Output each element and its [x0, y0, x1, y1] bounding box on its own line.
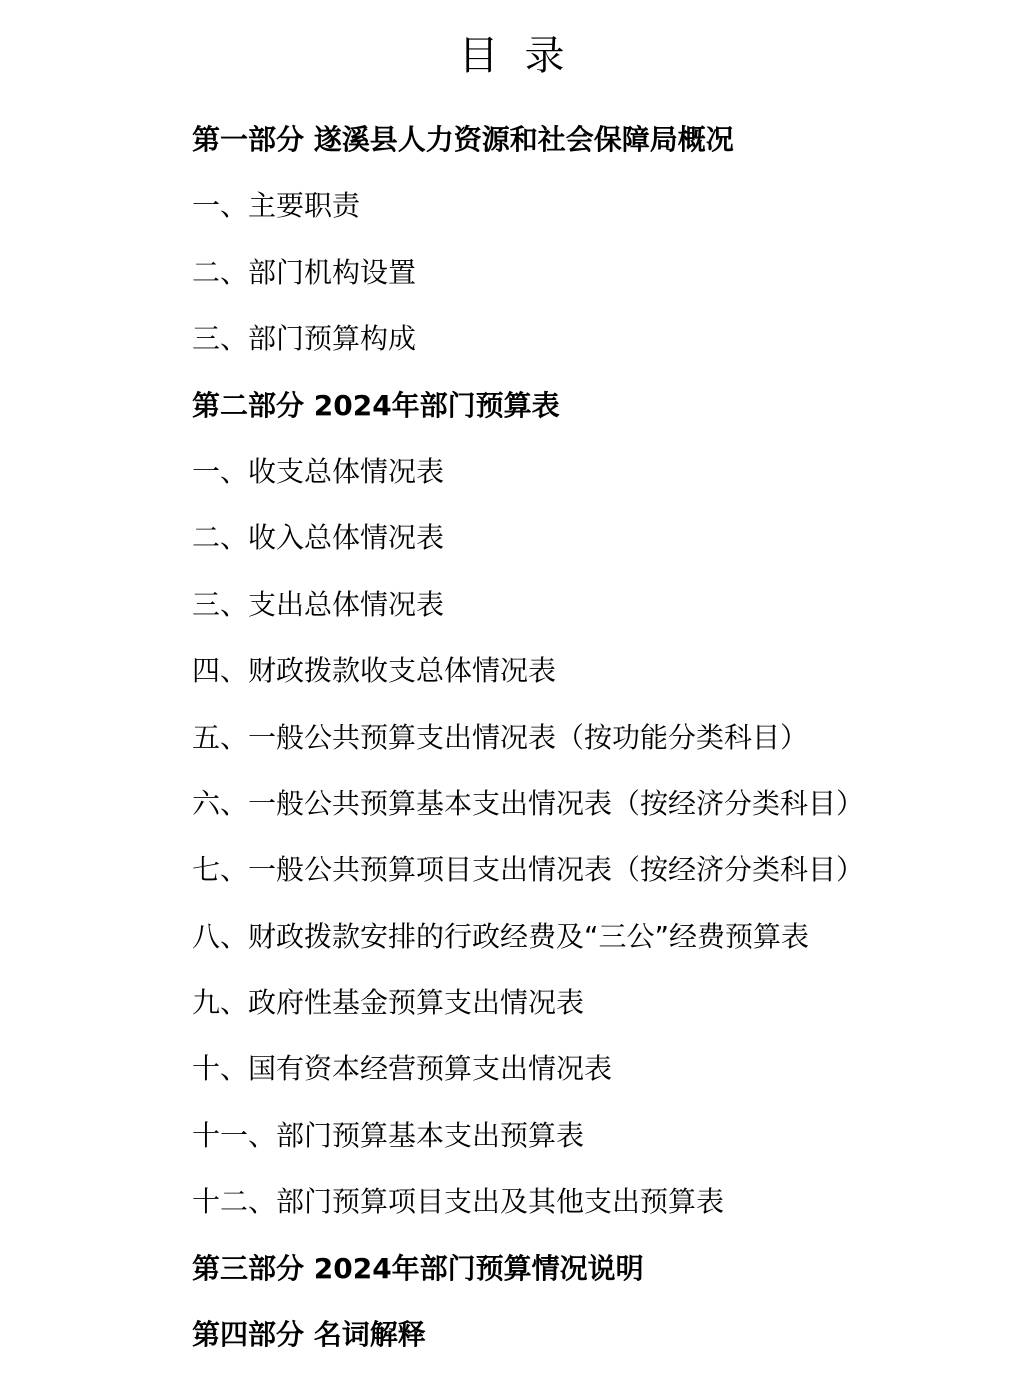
toc-item: 七、一般公共预算项目支出情况表（按经济分类科目）	[192, 848, 864, 914]
toc-item: 三、支出总体情况表	[192, 583, 864, 649]
toc-item: 十一、部门预算基本支出预算表	[192, 1114, 864, 1180]
toc-item: 十、国有资本经营预算支出情况表	[192, 1047, 864, 1113]
toc-item: 九、政府性基金预算支出情况表	[192, 981, 864, 1047]
table-of-contents: 第一部分 遂溪县人力资源和社会保障局概况 一、主要职责 二、部门机构设置 三、部…	[192, 118, 864, 1379]
toc-part-2: 第二部分 2024年部门预算表	[192, 384, 864, 450]
toc-item: 二、收入总体情况表	[192, 516, 864, 582]
toc-item: 五、一般公共预算支出情况表（按功能分类科目）	[192, 716, 864, 782]
toc-item: 一、主要职责	[192, 184, 864, 250]
toc-part-3: 第三部分 2024年部门预算情况说明	[192, 1247, 864, 1313]
toc-part-4: 第四部分 名词解释	[192, 1313, 864, 1379]
toc-item: 三、部门预算构成	[192, 317, 864, 383]
toc-item: 八、财政拨款安排的行政经费及“三公”经费预算表	[192, 915, 864, 981]
toc-item: 四、财政拨款收支总体情况表	[192, 649, 864, 715]
toc-item: 六、一般公共预算基本支出情况表（按经济分类科目）	[192, 782, 864, 848]
page-title: 目录	[0, 30, 1023, 82]
toc-item: 一、收支总体情况表	[192, 450, 864, 516]
toc-part-1: 第一部分 遂溪县人力资源和社会保障局概况	[192, 118, 864, 184]
toc-item: 十二、部门预算项目支出及其他支出预算表	[192, 1180, 864, 1246]
toc-item: 二、部门机构设置	[192, 251, 864, 317]
